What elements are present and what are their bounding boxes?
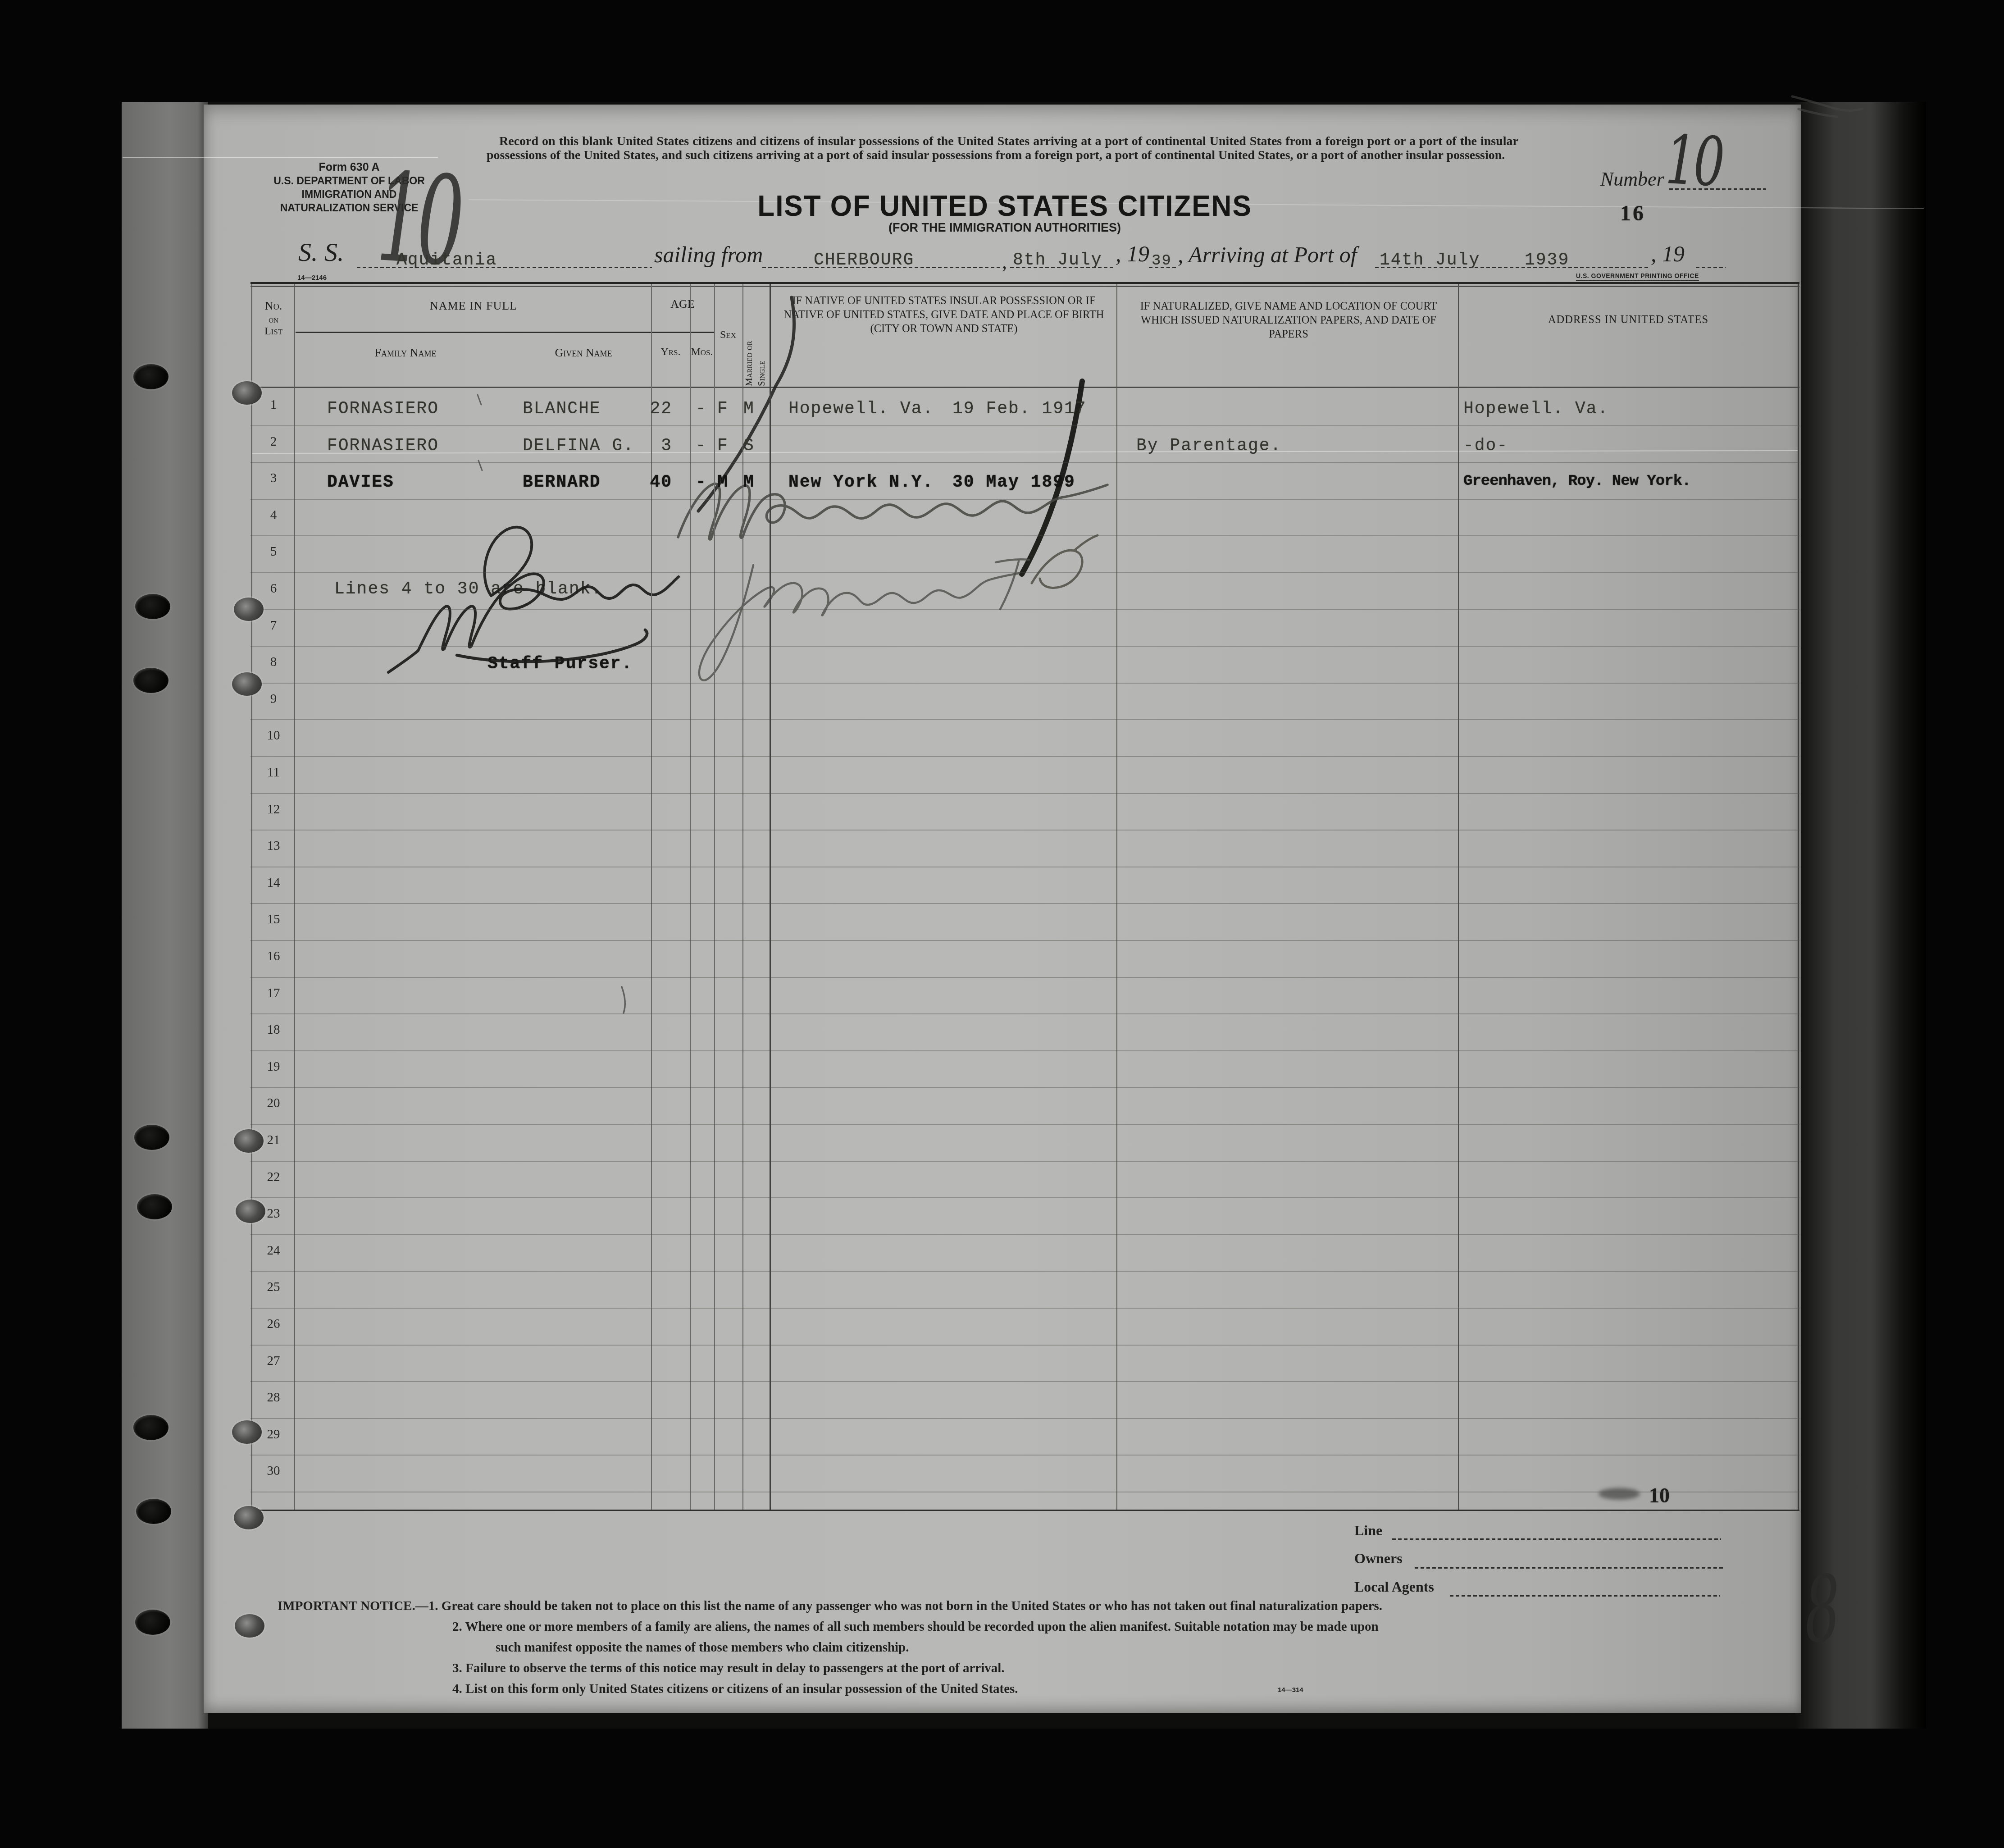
row-number: 6 bbox=[252, 581, 295, 596]
row-rule bbox=[250, 1381, 1799, 1382]
arrival-date: 14th July bbox=[1380, 251, 1480, 270]
cell-birth_place: New York N.Y. bbox=[788, 473, 934, 492]
plate-code-top: 14—2146 bbox=[297, 274, 327, 282]
punch-hole-paper-2 bbox=[232, 672, 262, 696]
punch-hole-strip-3 bbox=[134, 1125, 169, 1150]
cell-address: Hopewell. Va. bbox=[1463, 399, 1608, 419]
row-number: 17 bbox=[252, 986, 295, 1001]
punch-hole-paper-5 bbox=[232, 1420, 262, 1444]
page-subtitle: (FOR THE IMMIGRATION AUTHORITIES) bbox=[676, 221, 1334, 235]
cell-address: Greenhaven, Roy. New York. bbox=[1463, 473, 1691, 490]
row-number: 20 bbox=[252, 1096, 295, 1111]
row-rule bbox=[250, 646, 1799, 647]
ink-smudge bbox=[1599, 1488, 1640, 1500]
row-rule bbox=[250, 609, 1799, 610]
purser-title: Staff Purser. bbox=[487, 654, 633, 674]
row-number: 22 bbox=[252, 1170, 295, 1185]
blank-lines-note: Lines 4 to 30 are blank. bbox=[334, 579, 602, 599]
notice-line-2: 2. Where one or more members of a family… bbox=[452, 1620, 1379, 1634]
row-number: 19 bbox=[252, 1059, 295, 1074]
col-name-in-full: NAME IN FULL bbox=[296, 299, 651, 313]
plate-code-bottom: 14—314 bbox=[1278, 1686, 1303, 1694]
row-rule bbox=[250, 1050, 1799, 1051]
punch-hole-paper-3 bbox=[234, 1129, 264, 1153]
row-number: 9 bbox=[252, 692, 295, 707]
table-bottom-border bbox=[250, 1510, 1799, 1511]
sheet-number-stamp: 10 bbox=[1649, 1483, 1670, 1507]
cell-given: BERNARD bbox=[523, 473, 601, 492]
column-rule-5 bbox=[742, 284, 743, 1510]
page-number-stamp: 16 bbox=[1620, 201, 1645, 226]
record-instructions: Record on this blank United States citiz… bbox=[487, 134, 1518, 162]
cell-yrs: 40 bbox=[645, 473, 672, 492]
row-rule bbox=[250, 1345, 1799, 1346]
owners-blank bbox=[1415, 1567, 1723, 1569]
col-birth-header: IF NATIVE OF UNITED STATES INSULAR POSSE… bbox=[779, 294, 1108, 336]
punch-hole-strip-0 bbox=[133, 364, 169, 389]
line-blank bbox=[1392, 1538, 1721, 1540]
notice-line-3: such manifest opposite the names of thos… bbox=[496, 1640, 909, 1655]
number-label: Number bbox=[1600, 168, 1664, 191]
page-curl-edge bbox=[1795, 102, 1926, 1729]
cell-yrs: 22 bbox=[645, 399, 672, 419]
column-rule-3 bbox=[690, 284, 691, 1510]
table-top-border-2 bbox=[250, 286, 1799, 287]
column-rule-7 bbox=[1116, 284, 1117, 1510]
col-married-line2: Single bbox=[756, 294, 767, 386]
row-number: 27 bbox=[252, 1354, 295, 1369]
header-bottom-rule bbox=[250, 387, 1799, 388]
cell-naturalized: By Parentage. bbox=[1136, 436, 1281, 456]
row-rule bbox=[250, 683, 1799, 684]
punch-hole-strip-5 bbox=[133, 1415, 169, 1440]
row-number: 30 bbox=[252, 1464, 295, 1478]
row-rule bbox=[250, 1124, 1799, 1125]
sailing-from-label: sailing from bbox=[654, 242, 763, 268]
pencil-page-number: 8 bbox=[1803, 1570, 1842, 1650]
arriving-label: , Arriving at Port of bbox=[1178, 242, 1357, 268]
row-rule bbox=[250, 903, 1799, 904]
scanned-manifest-document: Form 630 A U.S. DEPARTMENT OF LABOR IMMI… bbox=[0, 0, 2004, 1848]
cell-birth_date: 30 May 1899 bbox=[952, 473, 1075, 492]
column-rule-6 bbox=[770, 284, 771, 1510]
row-rule bbox=[250, 719, 1799, 720]
col-given-name: Given Name bbox=[491, 346, 676, 360]
local-agents-label: Local Agents bbox=[1354, 1579, 1434, 1595]
print-office-note: U.S. GOVERNMENT PRINTING OFFICE bbox=[1576, 272, 1699, 281]
handwritten-number: 10 bbox=[1665, 132, 1723, 192]
punch-hole-paper-7 bbox=[235, 1614, 264, 1638]
row-number: 12 bbox=[252, 802, 295, 817]
row-number: 7 bbox=[252, 618, 295, 633]
punch-hole-strip-1 bbox=[135, 594, 170, 619]
row-number: 24 bbox=[252, 1243, 295, 1258]
row-rule bbox=[250, 1492, 1799, 1492]
notice-line-1: IMPORTANT NOTICE.—1. Great care should b… bbox=[278, 1599, 1382, 1614]
row-number: 10 bbox=[252, 728, 295, 743]
row-rule bbox=[250, 499, 1799, 500]
punch-hole-paper-1 bbox=[234, 598, 264, 621]
cell-yrs: 3 bbox=[645, 436, 672, 456]
row-rule bbox=[250, 1308, 1799, 1309]
column-rule-4 bbox=[714, 284, 715, 1510]
cell-married: M bbox=[743, 399, 755, 419]
notice-line-5: 4. List on this form only United States … bbox=[452, 1682, 1018, 1697]
row-rule bbox=[250, 977, 1799, 978]
row-number: 5 bbox=[252, 544, 295, 559]
row-rule bbox=[250, 535, 1799, 536]
row-number: 16 bbox=[252, 949, 295, 964]
cell-married: M bbox=[743, 473, 755, 492]
column-rule-9 bbox=[1798, 284, 1799, 1510]
cell-address: -do- bbox=[1463, 436, 1508, 456]
row-rule bbox=[250, 1271, 1799, 1272]
arrival-year: 1939 bbox=[1525, 251, 1569, 270]
row-number: 2 bbox=[252, 434, 295, 449]
cell-sex: F bbox=[717, 436, 729, 456]
row-rule bbox=[250, 830, 1799, 830]
page-title: LIST OF UNITED STATES CITIZENS bbox=[686, 189, 1324, 223]
col-married-line1: Married or bbox=[743, 294, 755, 386]
row-number: 26 bbox=[252, 1317, 295, 1332]
cell-family: FORNASIERO bbox=[327, 399, 439, 419]
cell-birth_place: Hopewell. Va. bbox=[788, 399, 934, 419]
row-rule bbox=[250, 1013, 1799, 1014]
ship-name: Aquitania bbox=[396, 251, 497, 270]
col-no-line2: on bbox=[252, 314, 295, 325]
row-rule bbox=[250, 1161, 1799, 1162]
punch-hole-strip-4 bbox=[137, 1194, 172, 1219]
punch-hole-paper-0 bbox=[232, 381, 262, 405]
row-rule bbox=[250, 1418, 1799, 1419]
punch-hole-paper-4 bbox=[236, 1200, 265, 1223]
row-rule bbox=[250, 1234, 1799, 1235]
row-number: 18 bbox=[252, 1022, 295, 1037]
local-agents-blank bbox=[1450, 1595, 1720, 1597]
row-rule bbox=[250, 1197, 1799, 1198]
col-mos: Mos. bbox=[690, 346, 714, 358]
row-number: 14 bbox=[252, 876, 295, 890]
col-no-line3: List bbox=[252, 325, 295, 338]
year-printed-2: , 19 bbox=[1651, 241, 1685, 267]
year-printed-1: , 19 bbox=[1116, 241, 1149, 267]
column-rule-8 bbox=[1458, 284, 1459, 1510]
punch-hole-paper-6 bbox=[234, 1506, 264, 1529]
col-age: AGE bbox=[651, 297, 714, 311]
cell-sex: F bbox=[717, 399, 729, 419]
year-line-2 bbox=[1696, 267, 1726, 268]
binding-strip bbox=[122, 102, 208, 1729]
row-number: 8 bbox=[252, 655, 295, 670]
col-address-header: ADDRESS IN UNITED STATES bbox=[1462, 314, 1794, 326]
col-yrs: Yrs. bbox=[651, 346, 690, 358]
row-rule bbox=[250, 1455, 1799, 1456]
punch-hole-strip-6 bbox=[136, 1499, 171, 1524]
row-rule bbox=[250, 756, 1799, 757]
row-rule bbox=[250, 425, 1799, 426]
col-no-line1: No. bbox=[252, 299, 295, 313]
cell-sex: M bbox=[717, 473, 729, 492]
column-rule-2 bbox=[651, 284, 652, 1510]
cell-mos: - bbox=[696, 436, 707, 456]
row-number: 3 bbox=[252, 471, 295, 486]
punch-hole-strip-7 bbox=[135, 1610, 170, 1635]
cell-family: DAVIES bbox=[327, 473, 394, 492]
col-sex: Sex bbox=[714, 329, 742, 341]
row-rule bbox=[250, 462, 1799, 463]
owners-label: Owners bbox=[1354, 1550, 1403, 1567]
row-rule bbox=[250, 572, 1799, 573]
line-label: Line bbox=[1354, 1522, 1382, 1539]
row-number: 25 bbox=[252, 1280, 295, 1295]
cell-birth_date: 19 Feb. 1917 bbox=[952, 399, 1087, 419]
row-rule bbox=[250, 1087, 1799, 1088]
row-number: 4 bbox=[252, 508, 295, 523]
cell-family: FORNASIERO bbox=[327, 436, 439, 456]
punch-hole-strip-2 bbox=[133, 668, 169, 693]
ss-label: S. S. bbox=[298, 237, 344, 267]
comma-1: , bbox=[1002, 251, 1007, 274]
row-rule bbox=[250, 793, 1799, 794]
row-rule bbox=[250, 940, 1799, 941]
row-rule bbox=[250, 867, 1799, 867]
row-number: 28 bbox=[252, 1390, 295, 1405]
cell-married: S bbox=[743, 436, 755, 456]
cell-mos: - bbox=[696, 473, 707, 492]
cell-mos: - bbox=[696, 399, 707, 419]
row-number: 15 bbox=[252, 912, 295, 927]
departure-year-typed: 39 bbox=[1152, 252, 1172, 269]
col-family-name: Family Name bbox=[306, 346, 505, 360]
departure-port: CHERBOURG bbox=[814, 251, 914, 270]
notice-line-4: 3. Failure to observe the terms of this … bbox=[452, 1661, 1005, 1676]
row-number: 13 bbox=[252, 839, 295, 853]
cell-given: DELFINA G. bbox=[523, 436, 634, 456]
departure-date: 8th July bbox=[1013, 251, 1102, 270]
table-top-border bbox=[250, 282, 1799, 284]
cell-given: BLANCHE bbox=[523, 399, 601, 419]
row-number: 11 bbox=[252, 765, 295, 780]
col-naturalized-header: IF NATURALIZED, GIVE NAME AND LOCATION O… bbox=[1135, 299, 1442, 341]
